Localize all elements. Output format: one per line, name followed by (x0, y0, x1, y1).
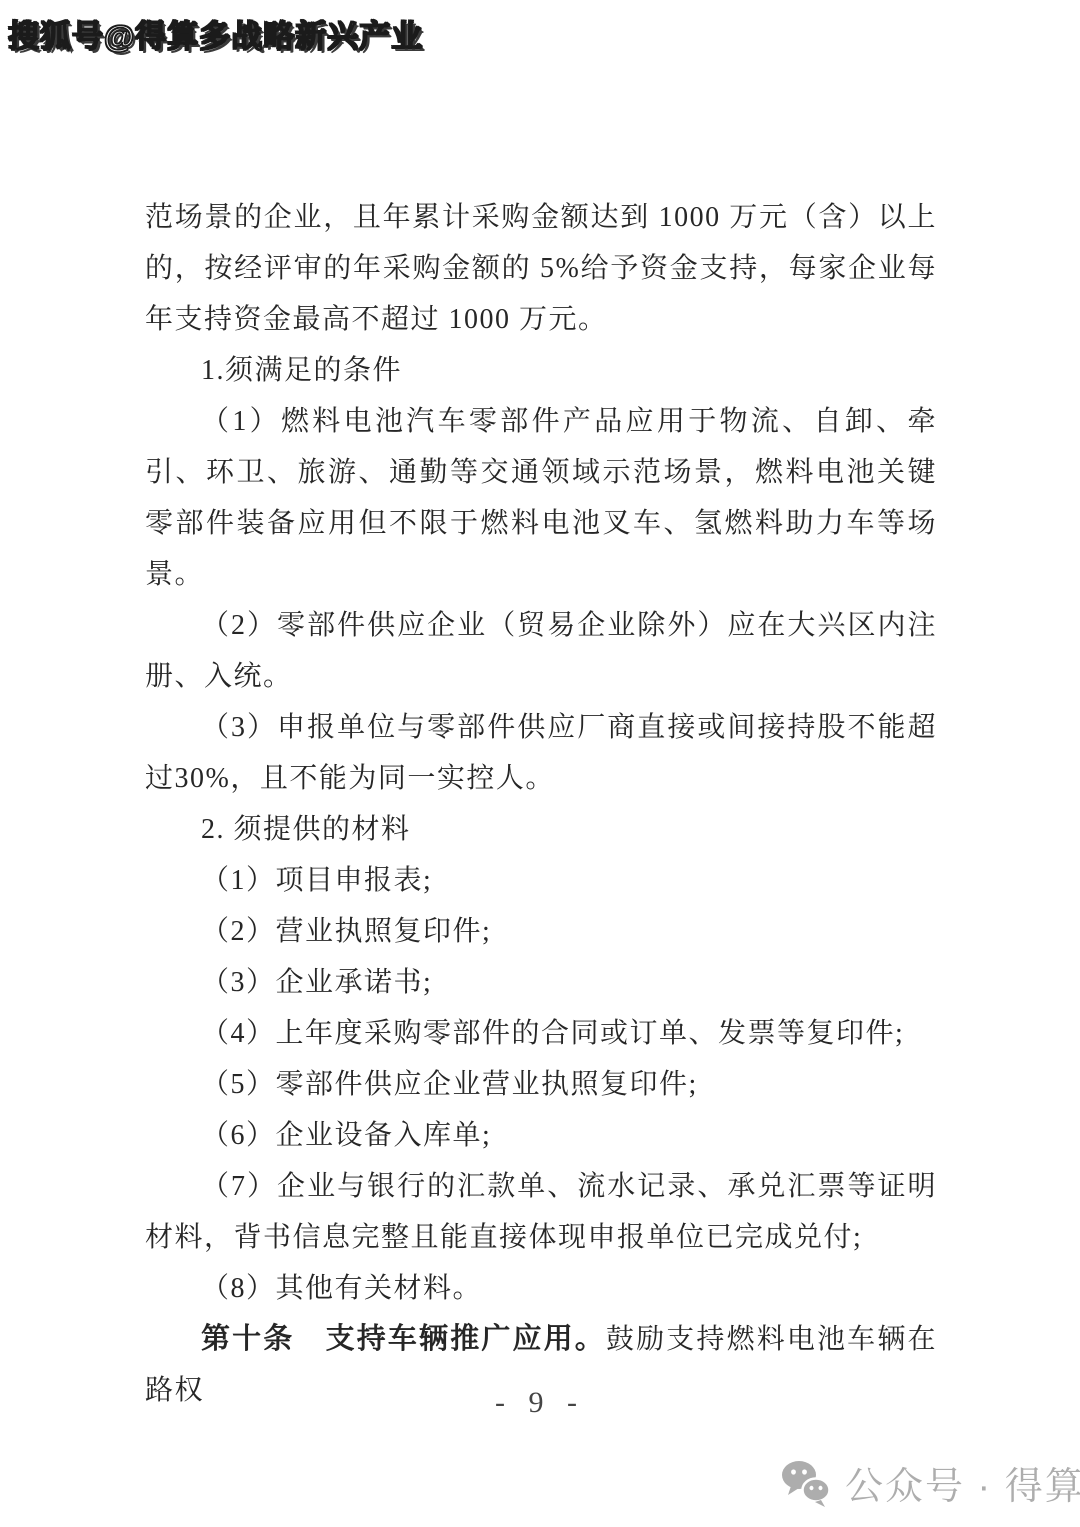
page-number: - 9 - (0, 1386, 1080, 1420)
heading-materials: 2. 须提供的材料 (145, 804, 937, 855)
document-page: 搜狐号@得算多战略新兴产业 范场景的企业，且年累计采购金额达到 1000 万元（… (0, 0, 1080, 1527)
paragraph-continuation: 范场景的企业，且年累计采购金额达到 1000 万元（含）以上的，按经评审的年采购… (145, 192, 937, 345)
wechat-icon (780, 1459, 832, 1507)
material-item-3: （3）企业承诺书; (145, 957, 937, 1008)
condition-item-1: （1）燃料电池汽车零部件产品应用于物流、自卸、牵引、环卫、旅游、通勤等交通领域示… (145, 396, 937, 600)
wechat-watermark: 公众号 · 得算多 (780, 1455, 1080, 1510)
material-item-4: （4）上年度采购零部件的合同或订单、发票等复印件; (145, 1008, 937, 1059)
material-item-6: （6）企业设备入库单; (145, 1110, 937, 1161)
sohu-watermark: 搜狐号@得算多战略新兴产业 (8, 11, 423, 56)
article-10-title: 第十条 支持车辆推广应用。 (201, 1323, 606, 1355)
document-body: 范场景的企业，且年累计采购金额达到 1000 万元（含）以上的，按经评审的年采购… (145, 192, 937, 1416)
material-item-5: （5）零部件供应企业营业执照复印件; (145, 1059, 937, 1110)
material-item-7: （7）企业与银行的汇款单、流水记录、承兑汇票等证明材料，背书信息完整且能直接体现… (145, 1161, 937, 1263)
wechat-badge-label: 公众号 · 得算多 (845, 1455, 1080, 1510)
material-item-1: （1）项目申报表; (145, 855, 937, 906)
heading-conditions: 1.须满足的条件 (145, 345, 937, 396)
condition-item-3: （3）申报单位与零部件供应厂商直接或间接持股不能超过30%，且不能为同一实控人。 (145, 702, 937, 804)
condition-item-2: （2）零部件供应企业（贸易企业除外）应在大兴区内注册、入统。 (145, 600, 937, 702)
material-item-8: （8）其他有关材料。 (145, 1263, 937, 1314)
material-item-2: （2）营业执照复印件; (145, 906, 937, 957)
